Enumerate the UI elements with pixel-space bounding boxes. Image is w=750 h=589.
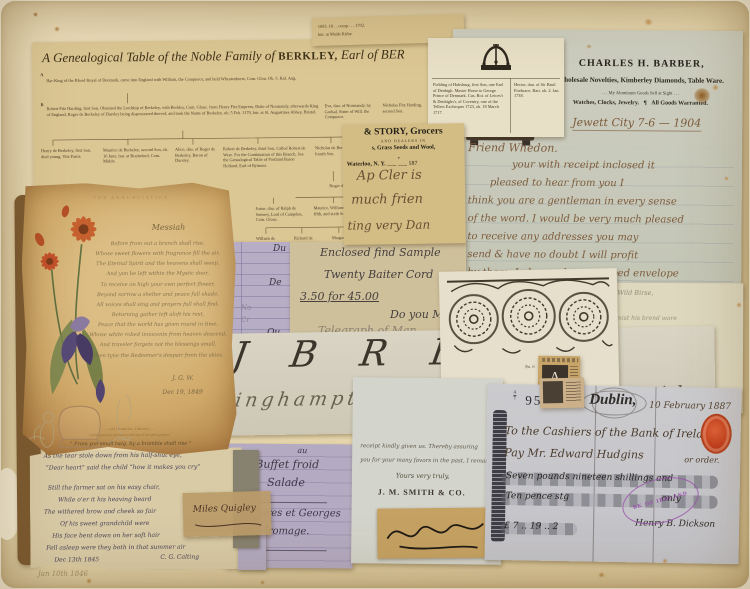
generation-label-a: A [40,72,43,78]
story-billhead: & STORY, Grocers AND DEALERS IN s, Grass… [342,123,466,245]
menu-line: au [297,446,307,455]
scroll-ornament-icon [443,272,615,362]
letter-line: send & have no doubt I will profit [467,249,638,261]
billhead-year: 187 [408,161,417,167]
poem-date: Dec 13th 1845 [54,556,99,563]
manuscript-signature: J. G. W. [172,375,193,382]
genealogy-entry: Nicholas Fitz Harding, second Son. [383,102,427,114]
serial-number: 1 [513,395,516,401]
ink-script-line: ting very Dan [347,218,430,233]
poem-line: Fell asleep were they both in that summe… [46,544,185,552]
letter-fragment: receipt kindly given us. Thereby assurin… [360,443,478,450]
rubber-stamp-text: BK OF IRELAND [632,491,688,511]
genealogy-entry: William de [256,236,275,242]
genealogy-title-post: Earl of BER [338,46,405,62]
ornament-caption: No. 6 [441,362,619,371]
poem-line: Of his sweet grandchild were [60,520,149,528]
manuscript-line: Beyond sorrow a shelter and peace full s… [84,289,232,300]
barber-services: Watches, Clocks, Jewelry. ¶ All Goods Wa… [540,100,740,107]
genealogy-entry: Eva, dau. of Normandy, by Godsal, Sister… [325,103,379,120]
scrap-line: 1693. 18 . . comp . . . 1702. [318,23,365,30]
figures-guilloche-bar: £ 7 .. 19 .. 2 [501,522,577,535]
letter-fragment: you for your many favors in the past, I … [360,457,492,464]
manuscript-line: All voices shall sing and prayers full s… [84,299,232,310]
ledger-mark: Cr [241,316,250,324]
manuscript-line: Then tyne the Redeemer's despair from th… [84,350,232,361]
barber-services-right: All Goods Warranted. [651,100,708,106]
poem-line: The withered brow and cheek so fair [44,508,156,516]
letter-line: your with receipt inclosed it [512,159,655,171]
letter-line: think you are a gentleman in every sense [468,195,677,207]
ink-script-line: Ap Cler is [357,168,422,184]
crown-engraving-icon [474,42,518,74]
ledger-mark: De [269,278,282,288]
menu-line: Buffet froid [255,458,319,471]
poem-line: Still the farmer sat on his easy chair, [48,484,160,492]
bank-cheque: A 1 95450 Dublin, 10 February 1887 To th… [484,384,741,564]
amount-figures: £ 7 .. 19 .. 2 [504,521,559,532]
cheque-date: 10 February 1887 [649,401,731,412]
epigraph-line: “ From yon small twig, by a bramble shal… [47,441,215,448]
panel-rule [432,78,560,79]
scrapbook-page: 1693. 18 . . comp . . . 1702. bur. at Ma… [0,0,750,589]
barber-services-left: Watches, Clocks, Jewelry. [573,100,639,106]
quigley-clipping: Miles Quigley [182,491,271,537]
billhead-sub: AND DEALERS IN [344,138,462,144]
poem-line: “Dear heart” said the child “how it make… [46,464,201,472]
manuscript-line: To receive on high your own perfect flow… [84,279,232,290]
quigley-signature: Miles Quigley [193,503,256,515]
note-line: Do you M [390,308,444,321]
menu-line: Salade [267,476,305,489]
revenue-stamp-icon [700,414,732,455]
manuscript-date: Dec 19, 1849 [162,389,202,396]
letter-closing: Yours very truly, [396,472,450,481]
printed-caption: which presently becomes to the eye of th… [43,433,217,438]
barber-smallprint: . . . My Aluminum Goods Sell at Sight . … [540,90,740,96]
underline-flourish-icon [193,517,263,531]
cheque-serial-prefix: A 1 [513,390,516,400]
clipped-text-lines [542,358,578,362]
amount-words: Ten pence stg [506,491,570,502]
billhead-dateline: Waterloo, N. Y. ﹏𝄒﹏ 187 [347,155,418,169]
scrap-line: bur. at Maids Kirby. [318,31,353,37]
crown-panel-left-text: Fielding of Habsburg, first Son, one Ear… [433,82,507,115]
genealogy-entry: Richard de [294,235,313,241]
letter-line: pleased to hear from you I [490,177,624,189]
barber-tagline: Wholesale Novelties, Kimberley Diamonds,… [541,76,741,85]
album-corner-note: Jan 10th 1846 [38,570,88,578]
clipped-text-lines [566,382,581,402]
manuscript-title: Messiah [113,223,223,233]
poem-line: While o'er it his heaving beard [58,496,152,504]
barber-name: CHARLES H. BARBER, [549,58,735,70]
signature-scrawl-icon [377,507,496,558]
ink-script-line: much frien [351,192,423,208]
note-line: Enclosed find Sample [320,246,441,259]
ledger-mark: No [241,304,251,312]
billhead-title: & STORY, Grocers [344,126,462,138]
note-line: 3.50 for 45.00 [300,290,379,303]
letter-salutation: Friend Whedon. [468,141,558,155]
company-name: J. M. SMITH & CO. [378,487,466,497]
manuscript-poem: Before from out a branch shall rise, Who… [84,238,233,360]
letter-line: to receive any addresses you may [467,231,638,243]
cheque-to-line: To the Cashiers of the Bank of Ireland [505,424,718,441]
genealogy-title-pre: A Genealogical Table of the Noble Family… [42,48,278,65]
signature-clipping [377,507,496,558]
cheque-city: Dublin, [589,392,636,410]
ornament-clipping: No. 6 [439,268,619,390]
panel-rule [510,78,511,133]
manuscript-line: The Eternal Spirit and the heavens shall… [84,259,232,270]
barber-dateline: Jewett City 7-6 — 1904 [572,116,701,132]
genealogy-title-name: BERKLEY, [278,50,338,63]
genealogy-entry: Alice, dau. of Roger de Berkeley, Baron … [175,146,219,163]
ledger-mark: Du [273,244,286,254]
genealogy-entry: Maurice de Berkeley, second Son, ob. 16 … [103,147,169,164]
letter-line: of the word. I would be very much please… [468,213,684,226]
date-scribble: ﹏𝄒﹏ [387,158,407,168]
generation-label-b: B [41,102,44,108]
genealogy-entry: Henry de Berkeley, first Son, died young… [41,148,99,160]
botanical-page: THE ANNUNCIATION [21,182,236,455]
serial-letter: A [513,390,516,395]
cheque-pay-line: Pay Mr. Edward Hudgins [504,446,644,461]
billhead-sub2: s, Grass Seeds and Wool, [344,144,462,152]
crown-panel: Fielding of Habsburg, first Son, one Ear… [428,38,564,137]
manuscript-line: And traveler forgets not the blessings s… [84,340,232,351]
pilcrow-glyph: ¶ [643,100,646,106]
printed-caption: — and I found this, A Memory — [43,427,217,432]
smith-letter: receipt kindly given us. Thereby assurin… [351,377,503,565]
billhead-place: Waterloo, N. Y. [347,161,386,168]
crown-panel-right-text: Hector, dau. of Sir Basil Firebrace, Bar… [514,82,560,99]
genealogy-entry: Joane, dau. of Ralph de Somery, Lord of … [256,205,308,222]
poem-signature: C. G. Calting [160,554,199,561]
engraved-stamp-icon [543,381,563,403]
stamp-clipping [540,378,585,409]
poem-line: His face bent down on her soft hair [52,532,160,540]
note-line: Twenty Baiter Cord [324,268,433,281]
cheque-or-order: or order. [684,455,719,465]
genealogy-entry: Robert de Berkeley, third Son, Called Ro… [223,145,309,168]
